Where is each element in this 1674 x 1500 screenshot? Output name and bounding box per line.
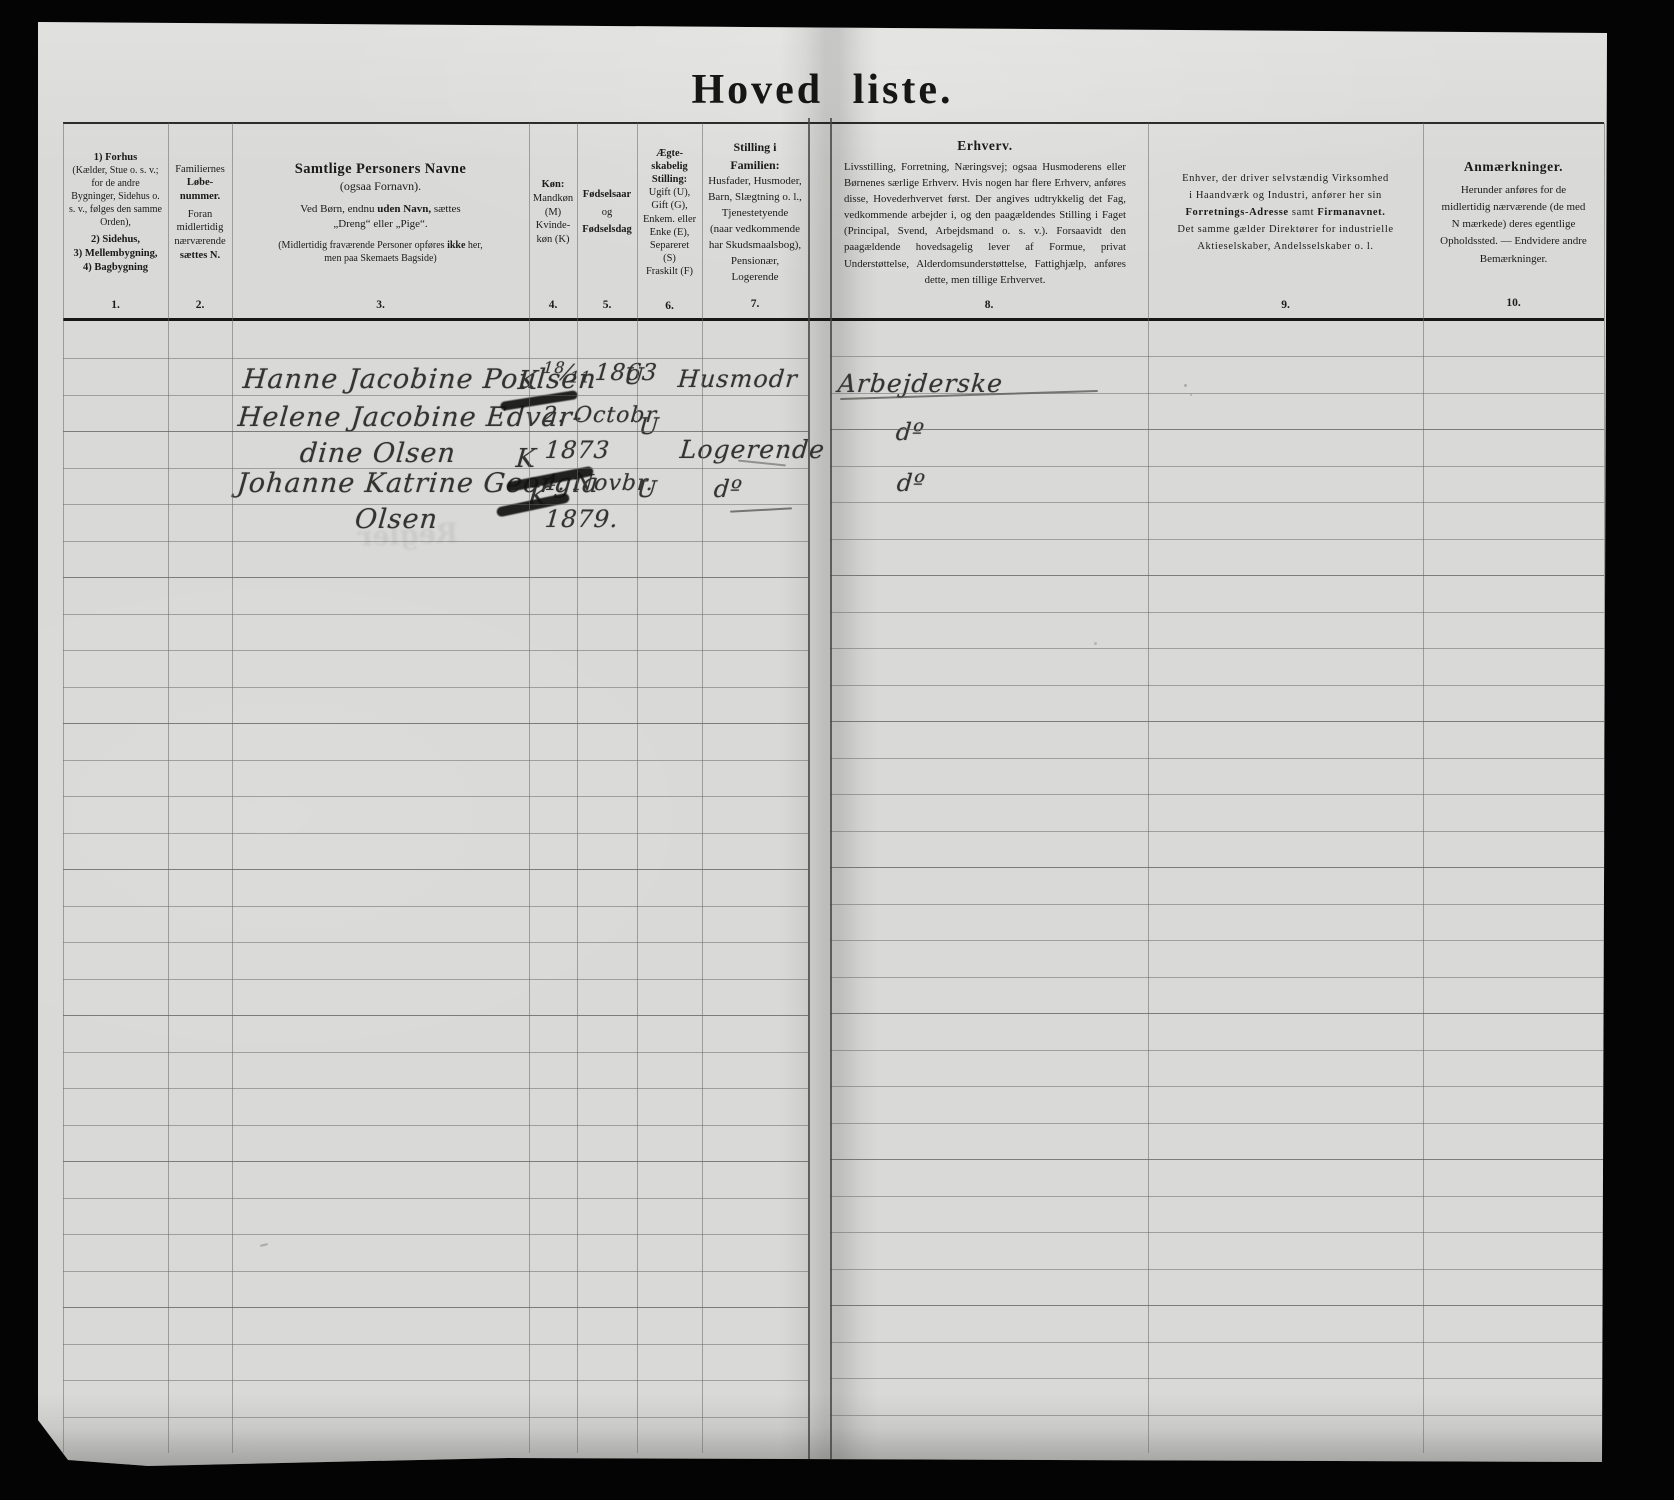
header-text: Fraskilt (F) xyxy=(646,265,693,278)
paper-sheet: Hoved liste. 1) Forhus (Kælder, Stue o. … xyxy=(38,22,1607,1466)
row-line xyxy=(830,1305,1604,1306)
header-text: (ogsaa Fornavn). xyxy=(340,179,421,195)
entry-3-family-position: dº xyxy=(713,475,744,503)
entry-2-marital: U xyxy=(638,414,661,440)
column-number: 9. xyxy=(1148,298,1423,313)
entry-2-family-position: Logerende xyxy=(679,435,827,464)
row-line xyxy=(63,796,808,797)
row-line xyxy=(830,1159,1604,1160)
row-line xyxy=(830,685,1604,686)
header-text: Enkem. eller xyxy=(643,213,696,226)
row-line xyxy=(63,614,808,615)
header-text: Barn, Slægtning o. l., xyxy=(708,190,802,206)
column-line xyxy=(702,123,703,1453)
header-text: Stilling: xyxy=(652,173,687,186)
column-number: 10. xyxy=(1423,295,1604,313)
row-line xyxy=(63,1234,808,1235)
header-text: 3) Mellembygning, xyxy=(74,247,158,261)
header-text: (M) xyxy=(545,206,561,220)
row-line xyxy=(830,1013,1604,1014)
row-line xyxy=(830,977,1604,978)
row-line xyxy=(830,466,1604,467)
header-text: og xyxy=(602,206,613,220)
entry-3-occupation: dº xyxy=(896,469,927,497)
row-line xyxy=(830,904,1604,905)
column-header-names: Samtlige Personers Navne (ogsaa Fornavn)… xyxy=(232,123,529,318)
row-line xyxy=(63,1271,808,1272)
header-text: Ægte- xyxy=(656,147,683,160)
row-line xyxy=(63,358,808,359)
header-bottom-rule xyxy=(63,318,1604,321)
row-line xyxy=(63,1417,808,1418)
header-text: køn (K) xyxy=(537,233,570,247)
header-text: i Haandværk og Industri, anfører her sin xyxy=(1189,187,1382,204)
header-text: Fødselsdag xyxy=(582,223,632,237)
header-title: Samtlige Personers Navne xyxy=(295,160,467,179)
header-text: Det samme gælder Direktører for industri… xyxy=(1177,221,1393,238)
column-number: 1. xyxy=(63,298,168,313)
row-line xyxy=(63,1161,808,1162)
header-text: 1) Forhus xyxy=(94,151,137,165)
row-line xyxy=(63,942,808,943)
row-line xyxy=(830,1196,1604,1197)
row-line xyxy=(63,577,808,578)
header-text: har Skudsmaalsbog), xyxy=(709,238,801,254)
header-text: (Midlertidig fraværende Personer opføres… xyxy=(278,239,483,252)
column-header-buildings: 1) Forhus (Kælder, Stue o. s. v.; for de… xyxy=(63,123,168,318)
header-text: Gift (G), xyxy=(651,199,687,212)
ink-speck xyxy=(1190,394,1192,396)
row-line xyxy=(830,1269,1604,1270)
column-line xyxy=(232,123,233,1453)
row-line xyxy=(830,794,1604,795)
row-line xyxy=(830,1415,1604,1416)
row-line xyxy=(830,1342,1604,1343)
scanned-census-page: Hoved liste. 1) Forhus (Kælder, Stue o. … xyxy=(0,0,1674,1500)
column-number: 4. xyxy=(529,298,577,313)
column-number: 6. xyxy=(637,299,702,313)
header-text: midlertidig xyxy=(177,221,224,235)
header-text: (naar vedkommende xyxy=(710,222,800,238)
header-text: Tjenestetyende xyxy=(722,206,789,222)
entry-1-family-position: Husmodr xyxy=(677,365,799,393)
ink-speck xyxy=(1094,642,1097,645)
header-text: Pensionær, Logerende xyxy=(708,254,802,286)
column-line xyxy=(63,123,64,1453)
row-line xyxy=(830,356,1604,357)
row-line xyxy=(63,1198,808,1199)
header-text: Livsstilling, Forretning, Næringsvej; og… xyxy=(844,159,1126,289)
row-line xyxy=(830,721,1604,722)
row-line xyxy=(63,468,808,469)
header-text: Kvinde- xyxy=(536,219,570,233)
row-line xyxy=(830,1050,1604,1051)
fold-edge-line xyxy=(808,118,810,1460)
column-header-family-position: Stilling i Familien: Husfader, Husmoder,… xyxy=(702,123,808,318)
header-text: Ugift (U), xyxy=(649,186,691,199)
column-line xyxy=(1423,123,1424,1453)
row-line xyxy=(63,1380,808,1381)
header-text: men paa Skemaets Bagside) xyxy=(324,252,436,265)
header-text: Køn: xyxy=(542,178,565,192)
header-text: Aktieselskaber, Andelsselskaber o. l. xyxy=(1197,238,1373,255)
column-number: 8. xyxy=(830,298,1148,313)
column-number: 5. xyxy=(577,298,637,313)
entry-2-name-line1: Helene Jacobine Edvar- xyxy=(237,402,584,433)
column-header-birthdate: Fødselsaar og Fødselsdag 5. xyxy=(577,123,637,318)
header-text: „Dreng“ eller „Pige“. xyxy=(333,217,427,231)
header-text: Herunder anføres for de midlertidig nærv… xyxy=(1437,182,1590,267)
header-text: Enhver, der driver selvstændig Virksomhe… xyxy=(1182,170,1389,187)
row-line xyxy=(63,395,808,396)
row-line xyxy=(63,1125,808,1126)
column-number: 7. xyxy=(702,296,808,313)
ink-speck xyxy=(260,1243,268,1247)
row-line xyxy=(63,1088,808,1089)
row-line xyxy=(830,648,1604,649)
row-line xyxy=(63,541,808,542)
row-line xyxy=(830,940,1604,941)
column-line xyxy=(529,123,530,1453)
row-line xyxy=(830,393,1604,394)
row-line xyxy=(63,504,808,505)
column-line xyxy=(168,123,169,1453)
row-line xyxy=(63,1307,808,1308)
column-line xyxy=(1604,123,1605,1453)
column-header-occupation: Erhverv. Livsstilling, Forretning, Nærin… xyxy=(830,123,1148,318)
row-line xyxy=(63,979,808,980)
row-line xyxy=(830,612,1604,613)
ink-speck xyxy=(1184,384,1187,387)
entry-2-occupation: dº xyxy=(895,418,926,446)
header-title: Stilling i Familien: xyxy=(708,139,802,174)
header-text: Løbe- xyxy=(187,176,213,190)
row-line xyxy=(830,831,1604,832)
row-line xyxy=(63,431,808,432)
row-line xyxy=(830,502,1604,503)
row-line xyxy=(63,833,808,834)
entry-3-birth-line2: 1879. xyxy=(544,505,620,533)
header-text: Husfader, Husmoder, xyxy=(708,174,802,190)
header-text: Ved Børn, endnu uden Navn, sættes xyxy=(300,202,460,216)
column-header-sex: Køn: Mandkøn (M) Kvinde- køn (K) 4. xyxy=(529,123,577,318)
row-line xyxy=(63,1052,808,1053)
header-text: 2) Sidehus, xyxy=(91,233,140,247)
header-title: Erhverv. xyxy=(957,137,1012,155)
row-line xyxy=(63,650,808,651)
row-line xyxy=(63,1015,808,1016)
header-text: (Kælder, Stue o. s. v.; for de andre Byg… xyxy=(69,164,162,229)
row-line xyxy=(830,867,1604,868)
row-line xyxy=(63,906,808,907)
column-line xyxy=(637,123,638,1453)
row-line xyxy=(830,429,1604,430)
header-text: skabelig xyxy=(651,160,687,173)
row-line xyxy=(830,1378,1604,1379)
header-text: 4) Bagbygning xyxy=(83,261,148,275)
header-title: Anmærkninger. xyxy=(1464,157,1563,178)
header-text: sættes N. xyxy=(180,249,220,263)
column-number: 2. xyxy=(168,298,232,313)
entry-1-marital: U xyxy=(623,364,646,390)
column-header-remarks: Anmærkninger. Herunder anføres for de mi… xyxy=(1423,123,1604,318)
header-text: Fødselsaar xyxy=(583,188,631,202)
header-text: Foran xyxy=(188,208,213,222)
column-number: 3. xyxy=(232,298,529,313)
entry-2-name-line2: dine Olsen xyxy=(299,438,458,469)
row-line xyxy=(830,1123,1604,1124)
row-line xyxy=(63,869,808,870)
row-line xyxy=(63,687,808,688)
row-line xyxy=(63,760,808,761)
page-stack-edge xyxy=(38,1428,1607,1466)
header-text: nummer. xyxy=(180,190,220,204)
entry-3-marital: U xyxy=(636,477,659,503)
row-line xyxy=(830,758,1604,759)
column-header-marital-status: Ægte- skabelig Stilling: Ugift (U), Gift… xyxy=(637,123,702,318)
bleedthrough-text: Regler xyxy=(357,518,458,552)
row-line xyxy=(830,575,1604,576)
header-text: (S) xyxy=(663,252,676,265)
header-text: Forretnings-Adresse samt Firmanavnet. xyxy=(1185,204,1385,221)
column-line xyxy=(1148,123,1149,1453)
header-text: Enke (E), xyxy=(650,226,690,239)
row-line xyxy=(63,1344,808,1345)
header-text: Mandkøn xyxy=(533,192,573,206)
header-text: Familiernes xyxy=(175,163,225,177)
column-line xyxy=(577,123,578,1453)
column-header-family-number: Familiernes Løbe- nummer. Foran midlerti… xyxy=(168,123,232,318)
row-line xyxy=(830,1232,1604,1233)
row-line xyxy=(830,1086,1604,1087)
row-line xyxy=(63,723,808,724)
row-line xyxy=(830,539,1604,540)
fold-edge-line xyxy=(830,118,832,1460)
header-text: nærværende xyxy=(174,235,225,249)
header-text: Separeret xyxy=(650,239,689,252)
column-header-business-address: Enhver, der driver selvstændig Virksomhe… xyxy=(1148,123,1423,318)
